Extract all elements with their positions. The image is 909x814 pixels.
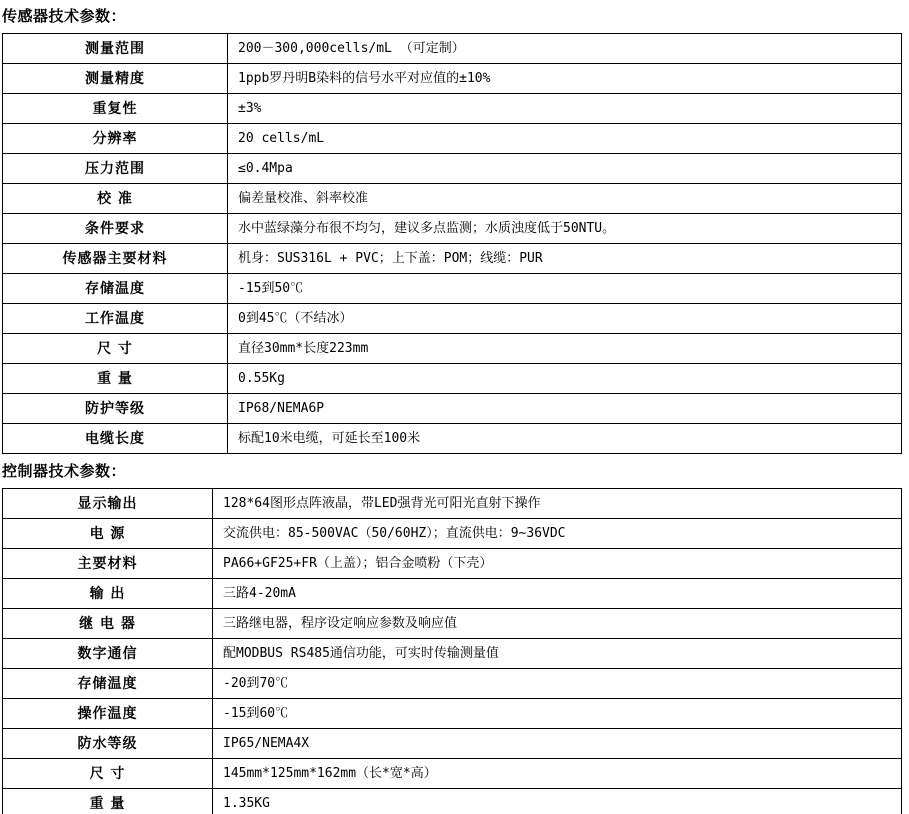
spec-label: 操作温度 (3, 699, 213, 729)
sensor-section-title: 传感器技术参数： (2, 6, 909, 27)
table-row: 数字通信配MODBUS RS485通信功能，可实时传输测量值 (3, 639, 902, 669)
table-row: 主要材料PA66+GF25+FR（上盖）；铝合金喷粉（下壳） (3, 549, 902, 579)
table-row: 防水等级IP65/NEMA4X (3, 729, 902, 759)
spec-label: 传感器主要材料 (3, 244, 228, 274)
spec-label: 重 量 (3, 789, 213, 814)
spec-label: 测量范围 (3, 34, 228, 64)
spec-value: -15到50℃ (228, 274, 902, 304)
table-row: 测量范围200－300,000cells/mL （可定制） (3, 34, 902, 64)
table-row: 校 准偏差量校准、斜率校准 (3, 184, 902, 214)
spec-value: 1ppb罗丹明B染料的信号水平对应值的±10% (228, 64, 902, 94)
spec-label: 显示输出 (3, 489, 213, 519)
spec-label: 校 准 (3, 184, 228, 214)
spec-value: -15到60℃ (213, 699, 902, 729)
spec-label: 数字通信 (3, 639, 213, 669)
spec-value: 交流供电：85-500VAC（50/60HZ）；直流供电：9~36VDC (213, 519, 902, 549)
controller-spec-table: 显示输出128*64图形点阵液晶，带LED强背光可阳光直射下操作电 源交流供电：… (2, 488, 902, 814)
spec-label: 工作温度 (3, 304, 228, 334)
table-row: 工作温度0到45℃（不结冰） (3, 304, 902, 334)
table-row: 尺 寸145mm*125mm*162mm（长*宽*高） (3, 759, 902, 789)
table-row: 输 出三路4-20mA (3, 579, 902, 609)
spec-value: 机身：SUS316L + PVC；上下盖：POM；线缆：PUR (228, 244, 902, 274)
spec-value: 0.55Kg (228, 364, 902, 394)
spec-label: 分辨率 (3, 124, 228, 154)
spec-value: 三路继电器，程序设定响应参数及响应值 (213, 609, 902, 639)
spec-label: 防护等级 (3, 394, 228, 424)
spec-label: 尺 寸 (3, 334, 228, 364)
table-row: 测量精度1ppb罗丹明B染料的信号水平对应值的±10% (3, 64, 902, 94)
table-row: 防护等级IP68/NEMA6P (3, 394, 902, 424)
spec-label: 重 量 (3, 364, 228, 394)
spec-label: 重复性 (3, 94, 228, 124)
table-row: 压力范围≤0.4Mpa (3, 154, 902, 184)
spec-label: 存储温度 (3, 669, 213, 699)
table-row: 重复性±3% (3, 94, 902, 124)
spec-value: 配MODBUS RS485通信功能，可实时传输测量值 (213, 639, 902, 669)
table-row: 重 量0.55Kg (3, 364, 902, 394)
spec-value: ±3% (228, 94, 902, 124)
sensor-spec-table: 测量范围200－300,000cells/mL （可定制）测量精度1ppb罗丹明… (2, 33, 902, 454)
table-row: 存储温度-15到50℃ (3, 274, 902, 304)
table-row: 继 电 器三路继电器，程序设定响应参数及响应值 (3, 609, 902, 639)
spec-label: 存储温度 (3, 274, 228, 304)
spec-label: 压力范围 (3, 154, 228, 184)
table-row: 电缆长度标配10米电缆，可延长至100米 (3, 424, 902, 454)
spec-value: PA66+GF25+FR（上盖）；铝合金喷粉（下壳） (213, 549, 902, 579)
spec-value: 标配10米电缆，可延长至100米 (228, 424, 902, 454)
spec-label: 防水等级 (3, 729, 213, 759)
table-row: 显示输出128*64图形点阵液晶，带LED强背光可阳光直射下操作 (3, 489, 902, 519)
controller-section-title: 控制器技术参数： (2, 461, 909, 482)
table-row: 传感器主要材料机身：SUS316L + PVC；上下盖：POM；线缆：PUR (3, 244, 902, 274)
spec-label: 尺 寸 (3, 759, 213, 789)
spec-label: 电缆长度 (3, 424, 228, 454)
spec-value: IP68/NEMA6P (228, 394, 902, 424)
spec-document: 传感器技术参数： 测量范围200－300,000cells/mL （可定制）测量… (0, 0, 909, 814)
spec-value: 偏差量校准、斜率校准 (228, 184, 902, 214)
spec-value: 128*64图形点阵液晶，带LED强背光可阳光直射下操作 (213, 489, 902, 519)
spec-label: 电 源 (3, 519, 213, 549)
spec-value: 1.35KG (213, 789, 902, 814)
spec-value: 三路4-20mA (213, 579, 902, 609)
spec-label: 输 出 (3, 579, 213, 609)
spec-value: 200－300,000cells/mL （可定制） (228, 34, 902, 64)
spec-value: 水中蓝绿藻分布很不均匀，建议多点监测；水质浊度低于50NTU。 (228, 214, 902, 244)
spec-value: 0到45℃（不结冰） (228, 304, 902, 334)
table-row: 重 量1.35KG (3, 789, 902, 814)
spec-label: 测量精度 (3, 64, 228, 94)
table-row: 电 源交流供电：85-500VAC（50/60HZ）；直流供电：9~36VDC (3, 519, 902, 549)
table-row: 操作温度-15到60℃ (3, 699, 902, 729)
spec-value: -20到70℃ (213, 669, 902, 699)
table-row: 存储温度-20到70℃ (3, 669, 902, 699)
spec-value: IP65/NEMA4X (213, 729, 902, 759)
table-row: 分辨率20 cells/mL (3, 124, 902, 154)
spec-value: ≤0.4Mpa (228, 154, 902, 184)
spec-value: 145mm*125mm*162mm（长*宽*高） (213, 759, 902, 789)
spec-label: 条件要求 (3, 214, 228, 244)
table-row: 尺 寸直径30mm*长度223mm (3, 334, 902, 364)
spec-value: 直径30mm*长度223mm (228, 334, 902, 364)
table-row: 条件要求水中蓝绿藻分布很不均匀，建议多点监测；水质浊度低于50NTU。 (3, 214, 902, 244)
spec-label: 主要材料 (3, 549, 213, 579)
spec-value: 20 cells/mL (228, 124, 902, 154)
spec-label: 继 电 器 (3, 609, 213, 639)
